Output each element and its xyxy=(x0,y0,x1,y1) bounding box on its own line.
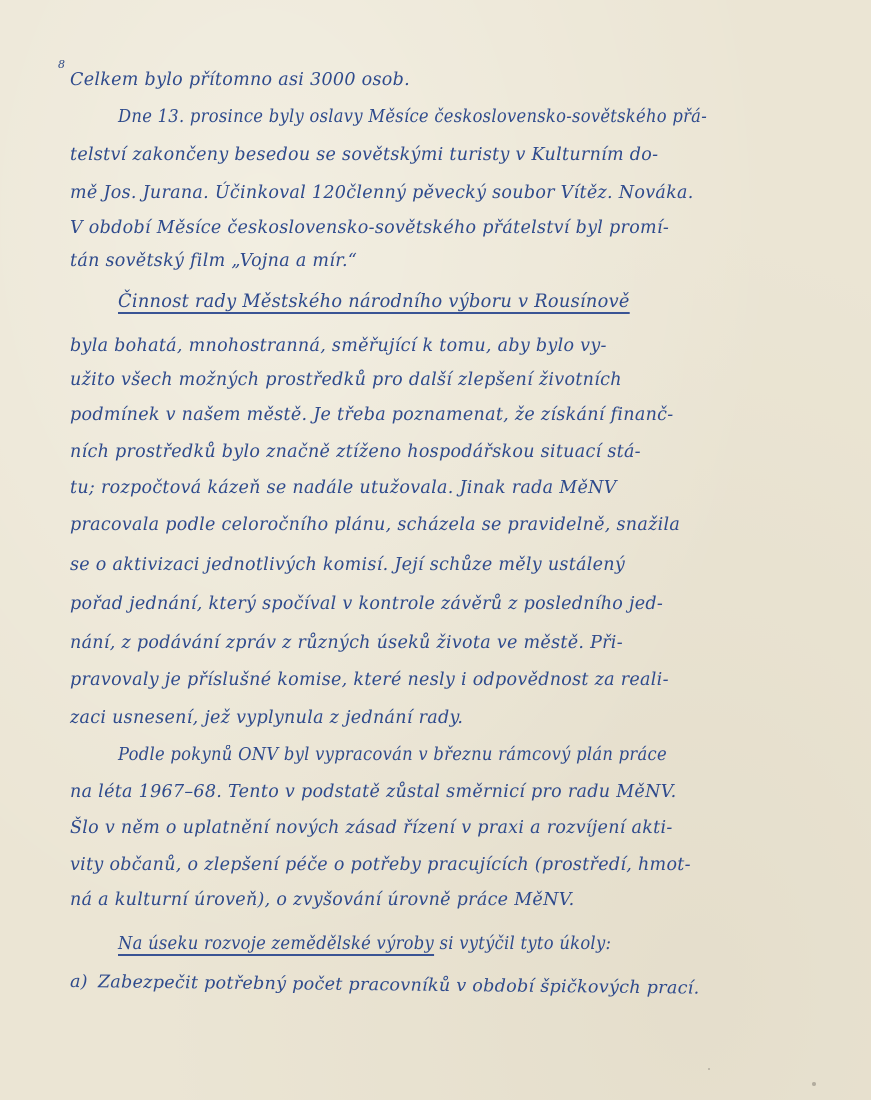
chronicle-page: 8 Celkem bylo přítomno asi 3000 osob. Dn… xyxy=(0,0,871,1100)
text-line: se o aktivizaci jednotlivých komisí. Jej… xyxy=(70,555,800,575)
text-line: zaci usnesení, jež vyplynula z jednání r… xyxy=(70,708,800,728)
text-line: Šlo v něm o uplatnění nových zásad řízen… xyxy=(70,818,800,838)
text-line: podmínek v našem městě. Je třeba pozname… xyxy=(70,405,800,425)
text-line: V období Měsíce československo-sovětskéh… xyxy=(70,218,800,238)
list-item-text: Zabezpečit potřebný počet pracovníků v o… xyxy=(98,972,700,998)
text-line: byla bohatá, mnohostranná, směřující k t… xyxy=(70,336,800,356)
section-heading-agriculture: Na úseku rozvoje zemědělské výroby si vy… xyxy=(118,934,800,954)
text-line: Dne 13. prosince byly oslavy Měsíce česk… xyxy=(118,107,800,127)
underlined-heading: Na úseku rozvoje zemědělské výroby xyxy=(118,934,434,954)
text-line: ních prostředků bylo značně ztíženo hosp… xyxy=(70,442,800,462)
text-line: ná a kulturní úroveň), o zvyšování úrovn… xyxy=(70,890,800,910)
section-heading-council-activity: Činnost rady Městského národního výboru … xyxy=(118,290,800,312)
list-marker: a) xyxy=(70,972,88,992)
text-line: vity občanů, o zlepšení péče o potřeby p… xyxy=(70,855,800,875)
text-line: pravovaly je příslušné komise, které nes… xyxy=(70,670,800,690)
text-line: Podle pokynů ONV byl vypracován v březnu… xyxy=(118,745,800,765)
text-line: mě Jos. Jurana. Účinkoval 120členný pěve… xyxy=(70,183,800,203)
heading-rest: si vytýčil tyto úkoly: xyxy=(434,934,611,954)
text-line: na léta 1967–68. Tento v podstatě zůstal… xyxy=(70,782,800,802)
text-line: tu; rozpočtová kázeň se nadále utužovala… xyxy=(70,478,800,498)
text-line: nání, z podávání zpráv z různých úseků ž… xyxy=(70,633,800,653)
text-line: telství zakončeny besedou se sovětskými … xyxy=(70,145,800,165)
paper-speck xyxy=(812,1082,816,1086)
text-line: Celkem bylo přítomno asi 3000 osob. xyxy=(70,70,800,90)
page-number: 8 xyxy=(58,58,65,71)
text-line: pracovala podle celoročního plánu, scház… xyxy=(70,515,800,535)
list-item: a)Zabezpečit potřebný počet pracovníků v… xyxy=(70,972,800,1000)
paper-speck xyxy=(708,1068,710,1070)
text-line: pořad jednání, který spočíval v kontrole… xyxy=(70,594,800,614)
text-line: tán sovětský film „Vojna a mír.“ xyxy=(70,251,800,271)
text-line: užito všech možných prostředků pro další… xyxy=(70,370,800,390)
